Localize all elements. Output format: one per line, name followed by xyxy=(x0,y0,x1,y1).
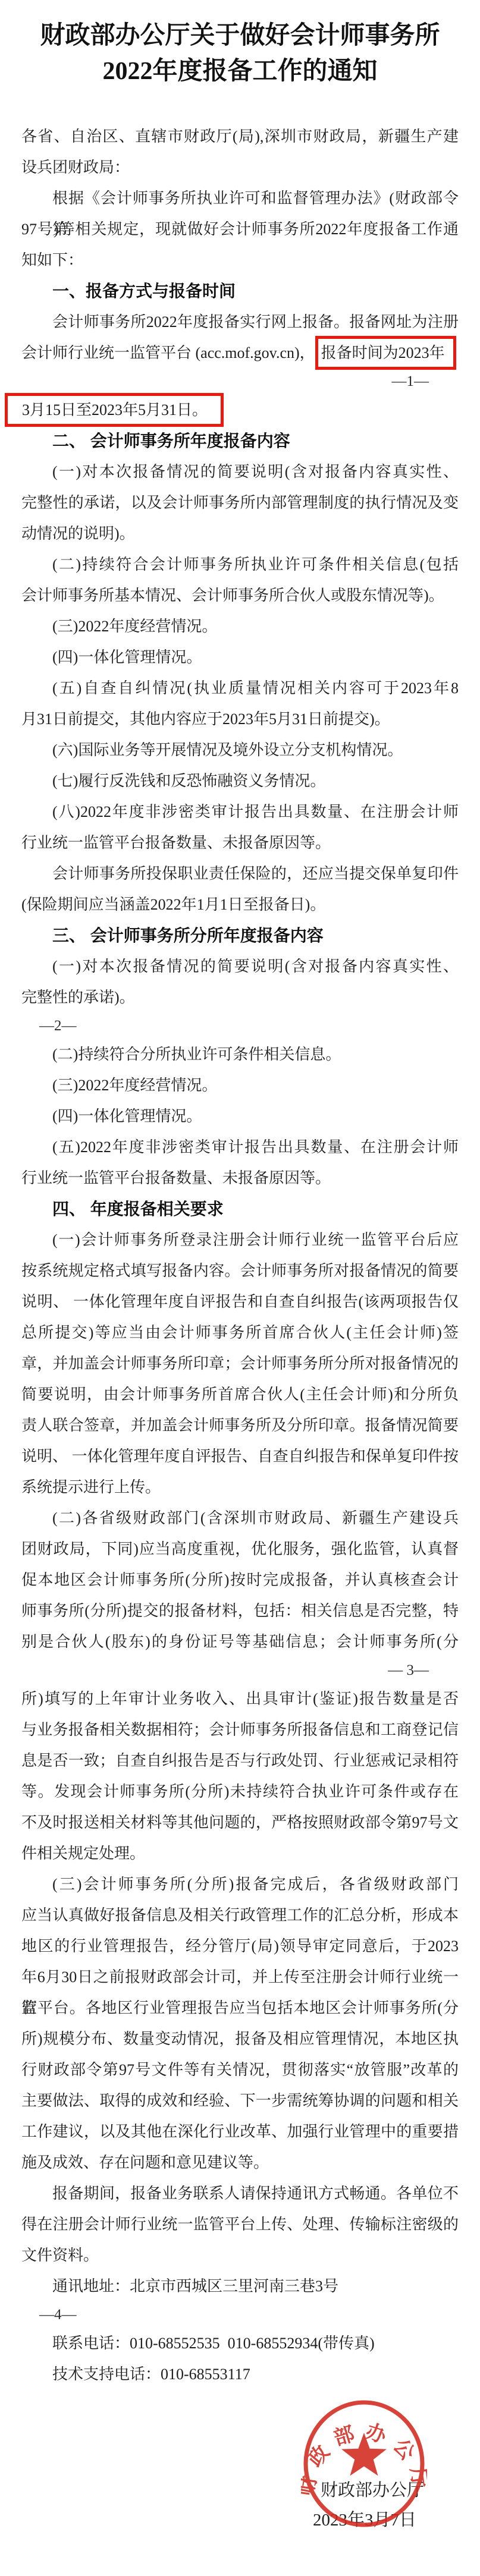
document-body: 财政部办公厅关于做好会计师事务所 2022年度报备工作的通知 各省、自治区、直辖… xyxy=(0,0,480,2568)
paragraph-line: 工作建议，以及其他在深化行业改革、加强行业管理中的重要措 xyxy=(21,2116,459,2147)
paragraph-line: 行业统一监管平台报备数量、未报备原因等。 xyxy=(21,1163,459,1194)
salutation-line: 各省、自治区、直辖市财政厅(局),深圳市财政局，新疆生产建 xyxy=(21,121,459,152)
paragraph-line: (七)履行反洗钱和反恐怖融资义务情况。 xyxy=(21,766,459,797)
paragraph-line: (五)自查自纠情况(执业质量情况相关内容可于2023年8 xyxy=(21,673,459,704)
paragraph-line: 动情况的说明)。 xyxy=(21,518,459,549)
highlight-box-filing-dates: 3月15日至2023年5月31日。 xyxy=(5,393,224,427)
paragraph-line: 说明、 一体化管理年度自评报告和自查自纠报告(该两项报告仅 xyxy=(21,1287,459,1317)
paragraph-line: 行财政部令第97号文件等有关情况，贯彻落实“放管服”改革的 xyxy=(21,2055,459,2086)
title-line-2: 2022年度报备工作的通知 xyxy=(21,54,459,89)
paragraph-line: 会计师行业统一监管平台 (acc.mof.gov.cn)，报备时间为2023年 xyxy=(21,338,459,369)
paragraph-line: 促本地区会计师事务所(分所)按时完成报备，并认真核查会计 xyxy=(21,1565,459,1596)
paragraph-line: 师事务所(分所)提交的报备材料，包括：相关信息是否完整，特 xyxy=(21,1596,459,1627)
signature-block: 财政部办公厅 2023年3月7日 财政部办公厅 xyxy=(21,2390,459,2568)
paragraph-line: 总所提交)等应当由会计师事务所首席合伙人(主任会计师)签 xyxy=(21,1317,459,1348)
paragraph-line: 件相关规定处理。 xyxy=(21,1838,459,1869)
paragraph-line: 应当认真做好报备信息及相关行政管理工作的汇总分析，形成本 xyxy=(21,1900,459,1931)
paragraph-line: (一)会计师事务所登录注册会计师行业统一监管平台后应 xyxy=(21,1225,459,1256)
salutation-line: 设兵团财政局： xyxy=(21,152,459,183)
paragraph-line: (五)2022年度非涉密类审计报告出具数量、在注册会计师 xyxy=(21,1132,459,1163)
paragraph-line: 文件资料。 xyxy=(21,2240,459,2271)
paragraph-line: (二)持续符合分所执业许可条件相关信息。 xyxy=(21,1039,459,1070)
paragraph-line: (四)一体化管理情况。 xyxy=(21,1101,459,1132)
paragraph-line: 责人联合签章，并加盖会计师事务所及分所印章。报备情况简要 xyxy=(21,1410,459,1441)
page-number-1: —1— xyxy=(21,369,459,395)
paragraph-line: 完整性的承诺，以及会计师事务所内部管理制度的执行情况及变 xyxy=(21,487,459,518)
mailing-address-line: 通讯地址：北京市西城区三里河南三巷3号 xyxy=(21,2271,459,2302)
paragraph-line: (三)2022年度经营情况。 xyxy=(21,1070,459,1101)
paragraph-line: 管平台。各地区行业管理报告应当包括本地区会计师事务所(分 xyxy=(21,1993,459,2024)
paragraph-line: 报备期间，报备业务联系人请保持通讯方式畅通。各单位不 xyxy=(21,2178,459,2209)
paragraph-line: 完整性的承诺)。 xyxy=(21,982,459,1013)
page-number-3: — 3— xyxy=(21,1657,459,1684)
section-heading-4: 四、 年度报备相关要求 xyxy=(21,1194,459,1225)
paragraph-line: (三)会计师事务所(分所)报备完成后，各省级财政部门 xyxy=(21,1869,459,1900)
title-line-1: 财政部办公厅关于做好会计师事务所 xyxy=(21,18,459,54)
paragraph-line: 会计师事务所基本情况、会计师事务所合伙人或股东情况等)。 xyxy=(21,580,459,611)
paragraph-line: 别是合伙人(股东)的身份证号等基础信息；会计师事务所(分 xyxy=(21,1627,459,1657)
paragraph-line: 地区的行业管理报告，经分管厅(局)领导审定同意后，于2023 xyxy=(21,1931,459,1962)
page-number-4: —4— xyxy=(21,2302,459,2328)
paragraph-line: 团财政局，下同)应当高度重视，优化服务，强化监管，认真督 xyxy=(21,1534,459,1565)
paragraph-line: (二)各省级财政部门(含深圳市财政局、新疆生产建设兵 xyxy=(21,1503,459,1534)
paragraph-line: 所)规模分布、数量变动情况，报备及相应管理情况，本地区执 xyxy=(21,2024,459,2055)
paragraph-line: 月31日前提交，其他内容应于2023年5月31日前提交)。 xyxy=(21,704,459,735)
paragraph-line: 所)填写的上年审计业务收入、出具审计(鉴证)报告数量是否 xyxy=(21,1684,459,1715)
paragraph-line: 简要说明，由会计师事务所首席合伙人(主任会计师)和分所负 xyxy=(21,1379,459,1410)
paragraph-line: 说明、 一体化管理年度自评报告、自查自纠报告和保单复印件按 xyxy=(21,1441,459,1472)
highlight-box-filing-time: 报备时间为2023年 xyxy=(315,336,456,370)
paragraph-line: 知如下： xyxy=(21,245,459,276)
paragraph-line: (一)对本次报备情况的简要说明(含对报备内容真实性、 xyxy=(21,951,459,982)
section-heading-1: 一、报备方式与报备时间 xyxy=(21,276,459,307)
document-title: 财政部办公厅关于做好会计师事务所 2022年度报备工作的通知 xyxy=(21,0,459,89)
page: 财政部办公厅关于做好会计师事务所 2022年度报备工作的通知 各省、自治区、直辖… xyxy=(0,0,480,2576)
paragraph-line: (六)国际业务等开展情况及境外设立分支机构情况。 xyxy=(21,735,459,766)
paragraph-line: 得在注册会计师行业统一监管平台上传、处理、传输标注密级的 xyxy=(21,2209,459,2240)
paragraph-line: (八)2022年度非涉密类审计报告出具数量、在注册会计师 xyxy=(21,797,459,828)
paragraph-line: 等。发现会计师事务所(分所)未持续符合执业许可条件或存在 xyxy=(21,1776,459,1807)
page-number-2: —2— xyxy=(21,1013,459,1039)
paragraph-line: 97号)等相关规定，现就做好会计师事务所2022年度报备工作通 xyxy=(21,214,459,245)
paragraph-line: 3月15日至2023年5月31日。 xyxy=(21,395,459,426)
paragraph-line: (一)对本次报备情况的简要说明(含对报备内容真实性、 xyxy=(21,457,459,487)
paragraph-line: 会计师事务所2022年度报备实行网上报备。报备网址为注册 xyxy=(21,307,459,338)
paragraph-line: (四)一体化管理情况。 xyxy=(21,642,459,673)
section-heading-3: 三、 会计师事务所分所年度报备内容 xyxy=(21,920,459,951)
paragraph-line: 根据《会计师事务所执业许可和监督管理办法》(财政部令第 xyxy=(21,183,459,214)
paragraph-text: 会计师行业统一监管平台 (acc.mof.gov.cn)， xyxy=(21,344,315,361)
paragraph-line: 系统提示进行上传。 xyxy=(21,1472,459,1503)
paragraph-line: 会计师事务所投保职业责任保险的，还应当提交保单复印件 xyxy=(21,858,459,889)
paragraph-line: 章，并加盖会计师事务所印章；会计师事务所分所对报备情况的 xyxy=(21,1348,459,1379)
paragraph-line: 与业务报备相关数据相符；会计师事务所报备信息和工商登记信 xyxy=(21,1715,459,1745)
paragraph-line: 行业统一监管平台报备数量、未报备原因等。 xyxy=(21,828,459,858)
section-heading-2: 二、 会计师事务所年度报备内容 xyxy=(21,426,459,457)
paragraph-line: 主要做法、取得的成效和经验、下一步需统筹协调的问题和相关 xyxy=(21,2086,459,2116)
paragraph-line: (三)2022年度经营情况。 xyxy=(21,611,459,642)
paragraph-line: 施及成效、存在问题和意见建议等。 xyxy=(21,2147,459,2178)
contact-phone-line: 联系电话：010-68552535 010-68552934(带传真) xyxy=(21,2328,459,2359)
paragraph-line: 不及时报送相关材料等其他问题的，严格按照财政部令第97号文 xyxy=(21,1807,459,1838)
official-stamp: 财政部办公厅 xyxy=(301,2399,427,2529)
tech-support-phone-line: 技术支持电话：010-68553117 xyxy=(21,2359,459,2390)
paragraph-line: 年6月30日之前报财政部会计司，并上传至注册会计师行业统一监 xyxy=(21,1962,459,1993)
paragraph-line: 息是否一致；自查自纠报告是否与行政处罚、行业惩戒记录相符 xyxy=(21,1745,459,1776)
paragraph-line: (二)持续符合会计师事务所执业许可条件相关信息(包括 xyxy=(21,549,459,580)
paragraph-line: 按系统规定格式填写报备内容。会计师事务所对报备情况的简要 xyxy=(21,1256,459,1287)
paragraph-line: (保险期间应当涵盖2022年1月1日至报备日)。 xyxy=(21,889,459,920)
